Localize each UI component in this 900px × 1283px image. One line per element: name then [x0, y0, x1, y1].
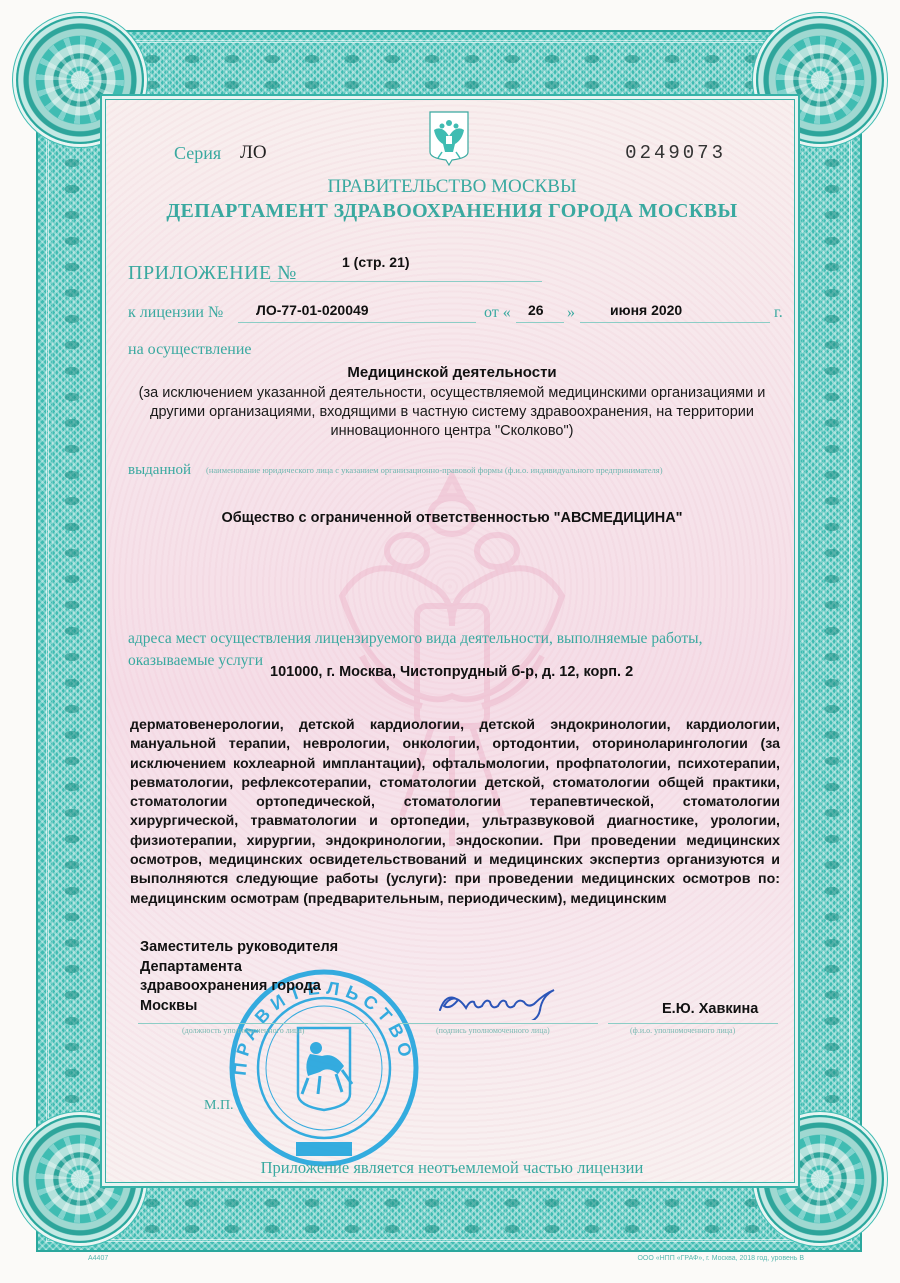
services-list: дерматовенерологии, детской кардиологии,… [130, 716, 780, 909]
form-code: А4407 [88, 1255, 108, 1262]
signer-name: Е.Ю. Хавкина [662, 1001, 758, 1017]
series-label: Серия [174, 143, 221, 164]
organization-name: Общество с ограниченной ответственностью… [102, 510, 800, 526]
address-value: 101000, г. Москва, Чистопрудный б-р, д. … [270, 664, 633, 680]
appendix-number-line [270, 281, 542, 282]
activity-description: (за исключением указанной деятельности, … [122, 384, 782, 441]
license-number: ЛО-77-01-020049 [256, 302, 369, 318]
printer-info: ООО «НПП «ГРАФ», г. Москва, 2018 год, ур… [637, 1255, 804, 1262]
name-line [608, 1023, 778, 1024]
issued-label: выданной [128, 462, 191, 479]
issued-hint: (наименование юридического лица с указан… [206, 465, 663, 475]
signer-position: Заместитель руководителя Департамента зд… [140, 938, 338, 1016]
department-title: ДЕПАРТАМЕНТ ЗДРАВООХРАНЕНИЯ ГОРОДА МОСКВ… [102, 200, 800, 223]
date-from-label: от « [484, 304, 511, 322]
seal-label: М.П. [204, 1098, 234, 1114]
signature-line [398, 1023, 598, 1024]
year-suffix: г. [774, 304, 783, 322]
handwritten-signature [432, 984, 622, 1020]
license-number-line [238, 322, 476, 323]
serial-number: 0249073 [625, 142, 726, 164]
government-title: ПРАВИТЕЛЬСТВО МОСКВЫ [102, 176, 800, 198]
license-day: 26 [528, 302, 544, 318]
license-label: к лицензии № [128, 304, 223, 322]
month-year-line [580, 322, 770, 323]
series-value: ЛО [240, 142, 267, 164]
date-close-quote: » [567, 304, 575, 322]
name-hint: (ф.и.о. уполномоченного лица) [630, 1026, 735, 1035]
license-month-year: июня 2020 [610, 302, 682, 318]
day-line [516, 322, 564, 323]
position-line [138, 1023, 368, 1024]
activity-title: Медицинской деятельности [102, 364, 800, 381]
activity-label: на осуществление [128, 341, 252, 359]
russian-coat-of-arms-icon [428, 110, 470, 166]
position-hint: (должность уполномоченного лица) [182, 1026, 304, 1035]
footer-note: Приложение является неотъемлемой частью … [102, 1158, 800, 1178]
document-body: Серия ЛО 0249073 ПРАВИТЕЛЬСТВО МОСКВЫ ДЕ… [100, 94, 800, 1188]
signature-hint: (подпись уполномоченного лица) [436, 1026, 550, 1035]
appendix-number: 1 (стр. 21) [342, 254, 410, 270]
